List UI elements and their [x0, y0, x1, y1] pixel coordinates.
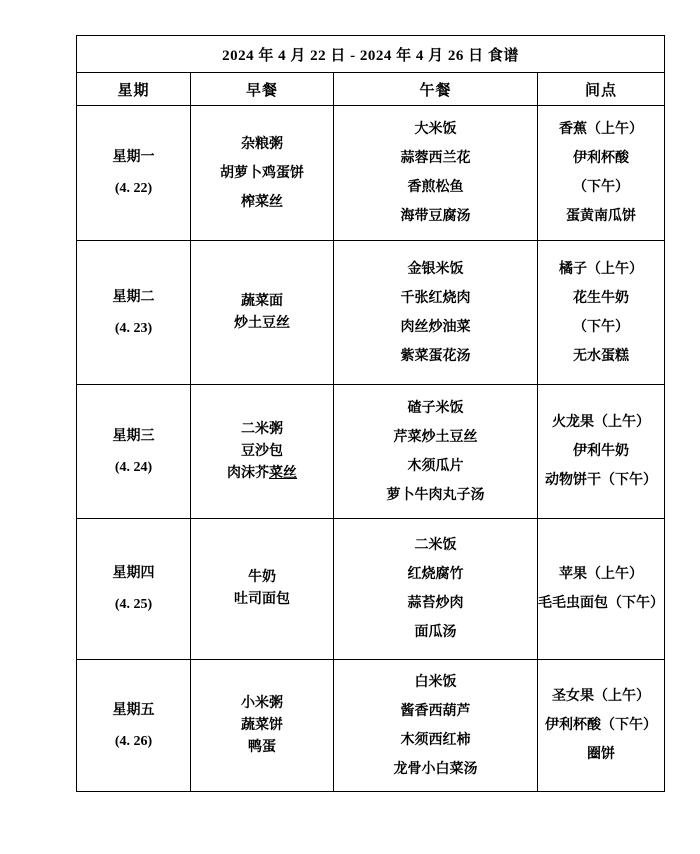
lunch-cell: 二米饭 红烧腐竹 蒜苔炒肉 面瓜汤 — [334, 519, 538, 660]
day-date: (4. 23) — [77, 313, 190, 344]
table-row-wednesday: 星期三 (4. 24) 二米粥 豆沙包 肉沫芥菜丝 碴子米饭 芹菜炒土豆丝 木须… — [77, 385, 665, 519]
day-cell: 星期一 (4. 22) — [77, 106, 191, 241]
menu-item: 圣女果（上午） — [538, 682, 664, 711]
menu-item: 木须瓜片 — [334, 452, 537, 481]
menu-item: 肉丝炒油菜 — [334, 313, 537, 342]
menu-item: 酱香西葫芦 — [334, 697, 537, 726]
day-cell: 星期三 (4. 24) — [77, 385, 191, 519]
menu-item: 芹菜炒土豆丝 — [334, 423, 537, 452]
menu-item: 胡萝卜鸡蛋饼 — [191, 159, 333, 188]
menu-item: 紫菜蛋花汤 — [334, 342, 537, 371]
lunch-cell: 大米饭 蒜蓉西兰花 香煎松鱼 海带豆腐汤 — [334, 106, 538, 241]
day-cell: 星期二 (4. 23) — [77, 241, 191, 385]
menu-item: 小米粥 — [191, 693, 333, 715]
menu-item: 伊利杯酸 — [538, 144, 664, 173]
menu-item: 动物饼干（下午） — [538, 466, 664, 495]
menu-item: 金银米饭 — [334, 255, 537, 284]
day-date: (4. 24) — [77, 452, 190, 483]
menu-item: 龙骨小白菜汤 — [334, 755, 537, 784]
day-name: 星期三 — [77, 421, 190, 452]
snack-cell: 苹果（上午） 毛毛虫面包（下午） — [538, 519, 665, 660]
day-name: 星期二 — [77, 282, 190, 313]
menu-item: 橘子（上午） — [538, 255, 664, 284]
menu-item: 牛奶 — [191, 567, 333, 589]
day-name: 星期四 — [77, 558, 190, 589]
menu-item: 蔬菜饼 — [191, 715, 333, 737]
menu-item: 碴子米饭 — [334, 394, 537, 423]
day-date: (4. 25) — [77, 589, 190, 620]
menu-item-underlined-text: 菜丝 — [269, 466, 297, 481]
lunch-cell: 金银米饭 千张红烧肉 肉丝炒油菜 紫菜蛋花汤 — [334, 241, 538, 385]
menu-item: 无水蛋糕 — [538, 342, 664, 371]
day-date: (4. 22) — [77, 173, 190, 204]
breakfast-cell: 小米粥 蔬菜饼 鸭蛋 — [191, 660, 334, 792]
snack-cell: 圣女果（上午） 伊利杯酸（下午） 圈饼 — [538, 660, 665, 792]
menu-title: 2024 年 4 月 22 日 - 2024 年 4 月 26 日 食谱 — [77, 36, 665, 73]
breakfast-cell: 杂粮粥 胡萝卜鸡蛋饼 榨菜丝 — [191, 106, 334, 241]
table-row-thursday: 星期四 (4. 25) 牛奶 吐司面包 二米饭 红烧腐竹 蒜苔炒肉 面瓜汤 苹果… — [77, 519, 665, 660]
snack-cell: 香蕉（上午） 伊利杯酸 （下午） 蛋黄南瓜饼 — [538, 106, 665, 241]
header-lunch: 午餐 — [334, 73, 538, 106]
menu-document-page: 2024 年 4 月 22 日 - 2024 年 4 月 26 日 食谱 星期 … — [0, 0, 700, 854]
table-row-monday: 星期一 (4. 22) 杂粮粥 胡萝卜鸡蛋饼 榨菜丝 大米饭 蒜蓉西兰花 香煎松… — [77, 106, 665, 241]
menu-item: 鸭蛋 — [191, 737, 333, 759]
menu-item: 伊利牛奶 — [538, 437, 664, 466]
menu-item: 伊利杯酸（下午） — [538, 711, 664, 740]
lunch-cell: 碴子米饭 芹菜炒土豆丝 木须瓜片 萝卜牛肉丸子汤 — [334, 385, 538, 519]
menu-item: 海带豆腐汤 — [334, 202, 537, 231]
table-row-friday: 星期五 (4. 26) 小米粥 蔬菜饼 鸭蛋 白米饭 酱香西葫芦 木须西红柿 龙… — [77, 660, 665, 792]
menu-item: 萝卜牛肉丸子汤 — [334, 481, 537, 510]
menu-item: 苹果（上午） — [538, 560, 664, 589]
menu-item: 豆沙包 — [191, 441, 333, 463]
breakfast-cell: 牛奶 吐司面包 — [191, 519, 334, 660]
lunch-cell: 白米饭 酱香西葫芦 木须西红柿 龙骨小白菜汤 — [334, 660, 538, 792]
header-day: 星期 — [77, 73, 191, 106]
menu-item: 肉沫芥菜丝 — [191, 463, 333, 485]
menu-item: （下午） — [538, 313, 664, 342]
menu-item: 香蕉（上午） — [538, 115, 664, 144]
snack-cell: 火龙果（上午） 伊利牛奶 动物饼干（下午） — [538, 385, 665, 519]
menu-item: 圈饼 — [538, 740, 664, 769]
header-snack: 间点 — [538, 73, 665, 106]
menu-item: 二米粥 — [191, 419, 333, 441]
menu-item: 火龙果（上午） — [538, 408, 664, 437]
table-header-row: 星期 早餐 午餐 间点 — [77, 73, 665, 106]
table-title-row: 2024 年 4 月 22 日 - 2024 年 4 月 26 日 食谱 — [77, 36, 665, 73]
menu-item: 榨菜丝 — [191, 188, 333, 217]
header-breakfast: 早餐 — [191, 73, 334, 106]
menu-item: 香煎松鱼 — [334, 173, 537, 202]
day-name: 星期一 — [77, 142, 190, 173]
menu-item: 木须西红柿 — [334, 726, 537, 755]
menu-item: 蔬菜面 — [191, 291, 333, 313]
snack-cell: 橘子（上午） 花生牛奶 （下午） 无水蛋糕 — [538, 241, 665, 385]
menu-item: 千张红烧肉 — [334, 284, 537, 313]
menu-item: 白米饭 — [334, 668, 537, 697]
table-row-tuesday: 星期二 (4. 23) 蔬菜面 炒土豆丝 金银米饭 千张红烧肉 肉丝炒油菜 紫菜… — [77, 241, 665, 385]
breakfast-cell: 二米粥 豆沙包 肉沫芥菜丝 — [191, 385, 334, 519]
menu-item: 二米饭 — [334, 531, 537, 560]
menu-table: 2024 年 4 月 22 日 - 2024 年 4 月 26 日 食谱 星期 … — [76, 35, 665, 792]
menu-item: 花生牛奶 — [538, 284, 664, 313]
menu-item: 红烧腐竹 — [334, 560, 537, 589]
menu-item: 面瓜汤 — [334, 618, 537, 647]
menu-item: 蒜苔炒肉 — [334, 589, 537, 618]
day-cell: 星期五 (4. 26) — [77, 660, 191, 792]
breakfast-cell: 蔬菜面 炒土豆丝 — [191, 241, 334, 385]
menu-item: 毛毛虫面包（下午） — [538, 589, 664, 618]
menu-item: 蛋黄南瓜饼 — [538, 202, 664, 231]
menu-item: 杂粮粥 — [191, 130, 333, 159]
menu-item: （下午） — [538, 173, 664, 202]
menu-item: 炒土豆丝 — [191, 313, 333, 335]
menu-item: 吐司面包 — [191, 589, 333, 611]
day-cell: 星期四 (4. 25) — [77, 519, 191, 660]
menu-item: 大米饭 — [334, 115, 537, 144]
day-date: (4. 26) — [77, 726, 190, 757]
menu-item-text: 肉沫芥 — [227, 466, 269, 481]
day-name: 星期五 — [77, 695, 190, 726]
menu-item: 蒜蓉西兰花 — [334, 144, 537, 173]
